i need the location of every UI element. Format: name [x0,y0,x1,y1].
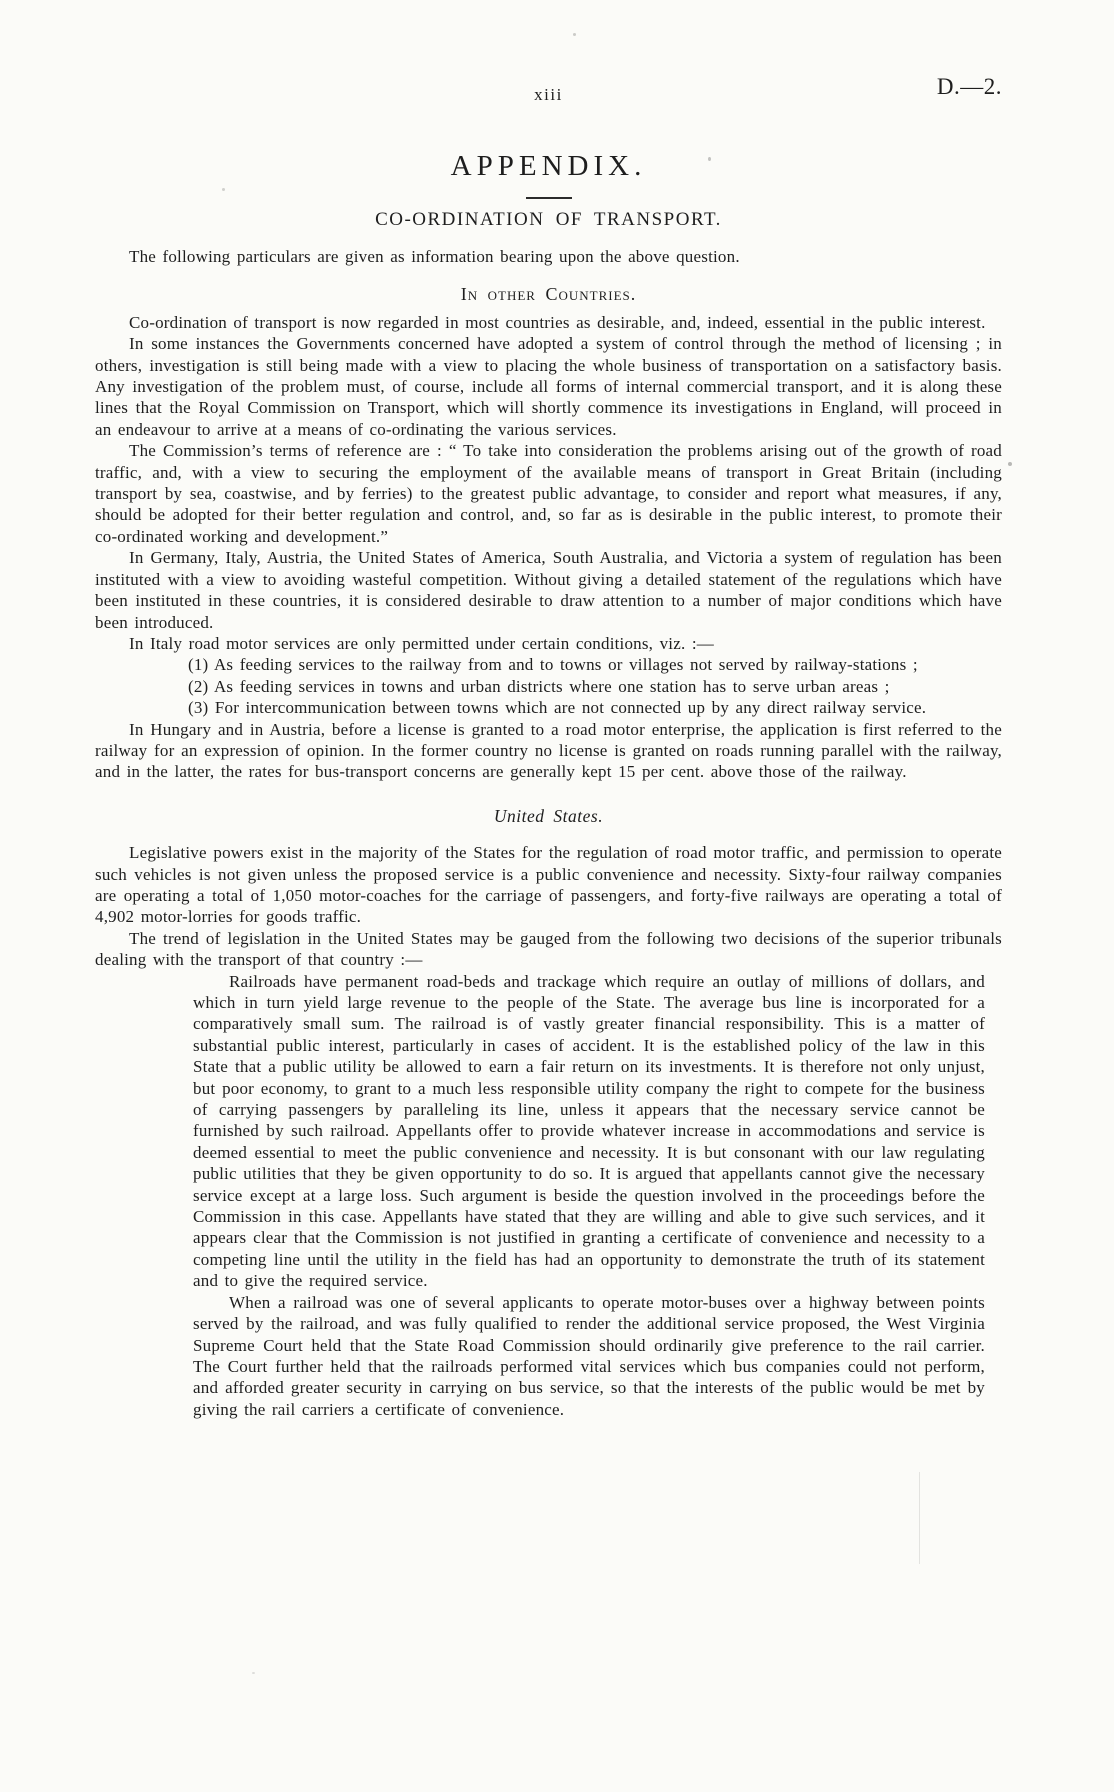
paragraph: The Commission’s terms of reference are … [95,440,1002,547]
scan-speck [573,33,576,36]
paragraph: In Hungary and in Austria, before a lice… [95,719,1002,783]
paragraph: Co-ordination of transport is now regard… [95,312,1002,333]
paragraph: The trend of legislation in the United S… [95,928,1002,971]
scan-speck [252,1672,255,1674]
list-item-number: (3) [188,698,208,717]
quote-paragraph: Railroads have permanent road-beds and t… [193,971,985,1292]
list-item-text: For intercommunication between towns whi… [215,698,926,717]
numbered-list: (1) As feeding services to the railway f… [95,654,1002,718]
scanned-document-page: xiii D.—2. APPENDIX. CO-ORDINATION OF TR… [0,0,1114,1792]
list-item-number: (2) [188,677,208,696]
list-item: (1) As feeding services to the railway f… [95,654,1002,675]
appendix-title: APPENDIX. [95,156,1002,177]
subheading-united-states: United States. [95,806,1002,827]
list-item-text: As feeding services in towns and urban d… [214,677,890,696]
scan-artifact-line [919,1472,920,1564]
intro-paragraph: The following particulars are given as i… [95,246,1002,267]
list-item: (2) As feeding services in towns and urb… [95,676,1002,697]
paragraph: In some instances the Governments concer… [95,333,1002,440]
list-item-text: As feeding services to the railway from … [214,655,918,674]
court-decision-quote: Railroads have permanent road-beds and t… [95,971,1002,1421]
running-header: xiii D.—2. [95,84,1002,112]
list-item: (3) For intercommunication between towns… [95,697,1002,718]
section-title: CO-ORDINATION OF TRANSPORT. [95,209,1002,230]
paragraph: In Germany, Italy, Austria, the United S… [95,547,1002,633]
paragraph: In Italy road motor services are only pe… [95,633,1002,654]
quote-paragraph: When a railroad was one of several appli… [193,1292,985,1420]
title-divider-rule [526,197,572,199]
paragraph: Legislative powers exist in the majority… [95,842,1002,928]
scan-speck [1008,462,1012,466]
subheading-in-other-countries: In other Countries. [95,284,1002,305]
scan-speck [222,188,225,191]
document-reference: D.—2. [937,76,1002,97]
page-number: xiii [95,84,1002,105]
list-item-number: (1) [188,655,208,674]
scan-speck [708,157,711,161]
